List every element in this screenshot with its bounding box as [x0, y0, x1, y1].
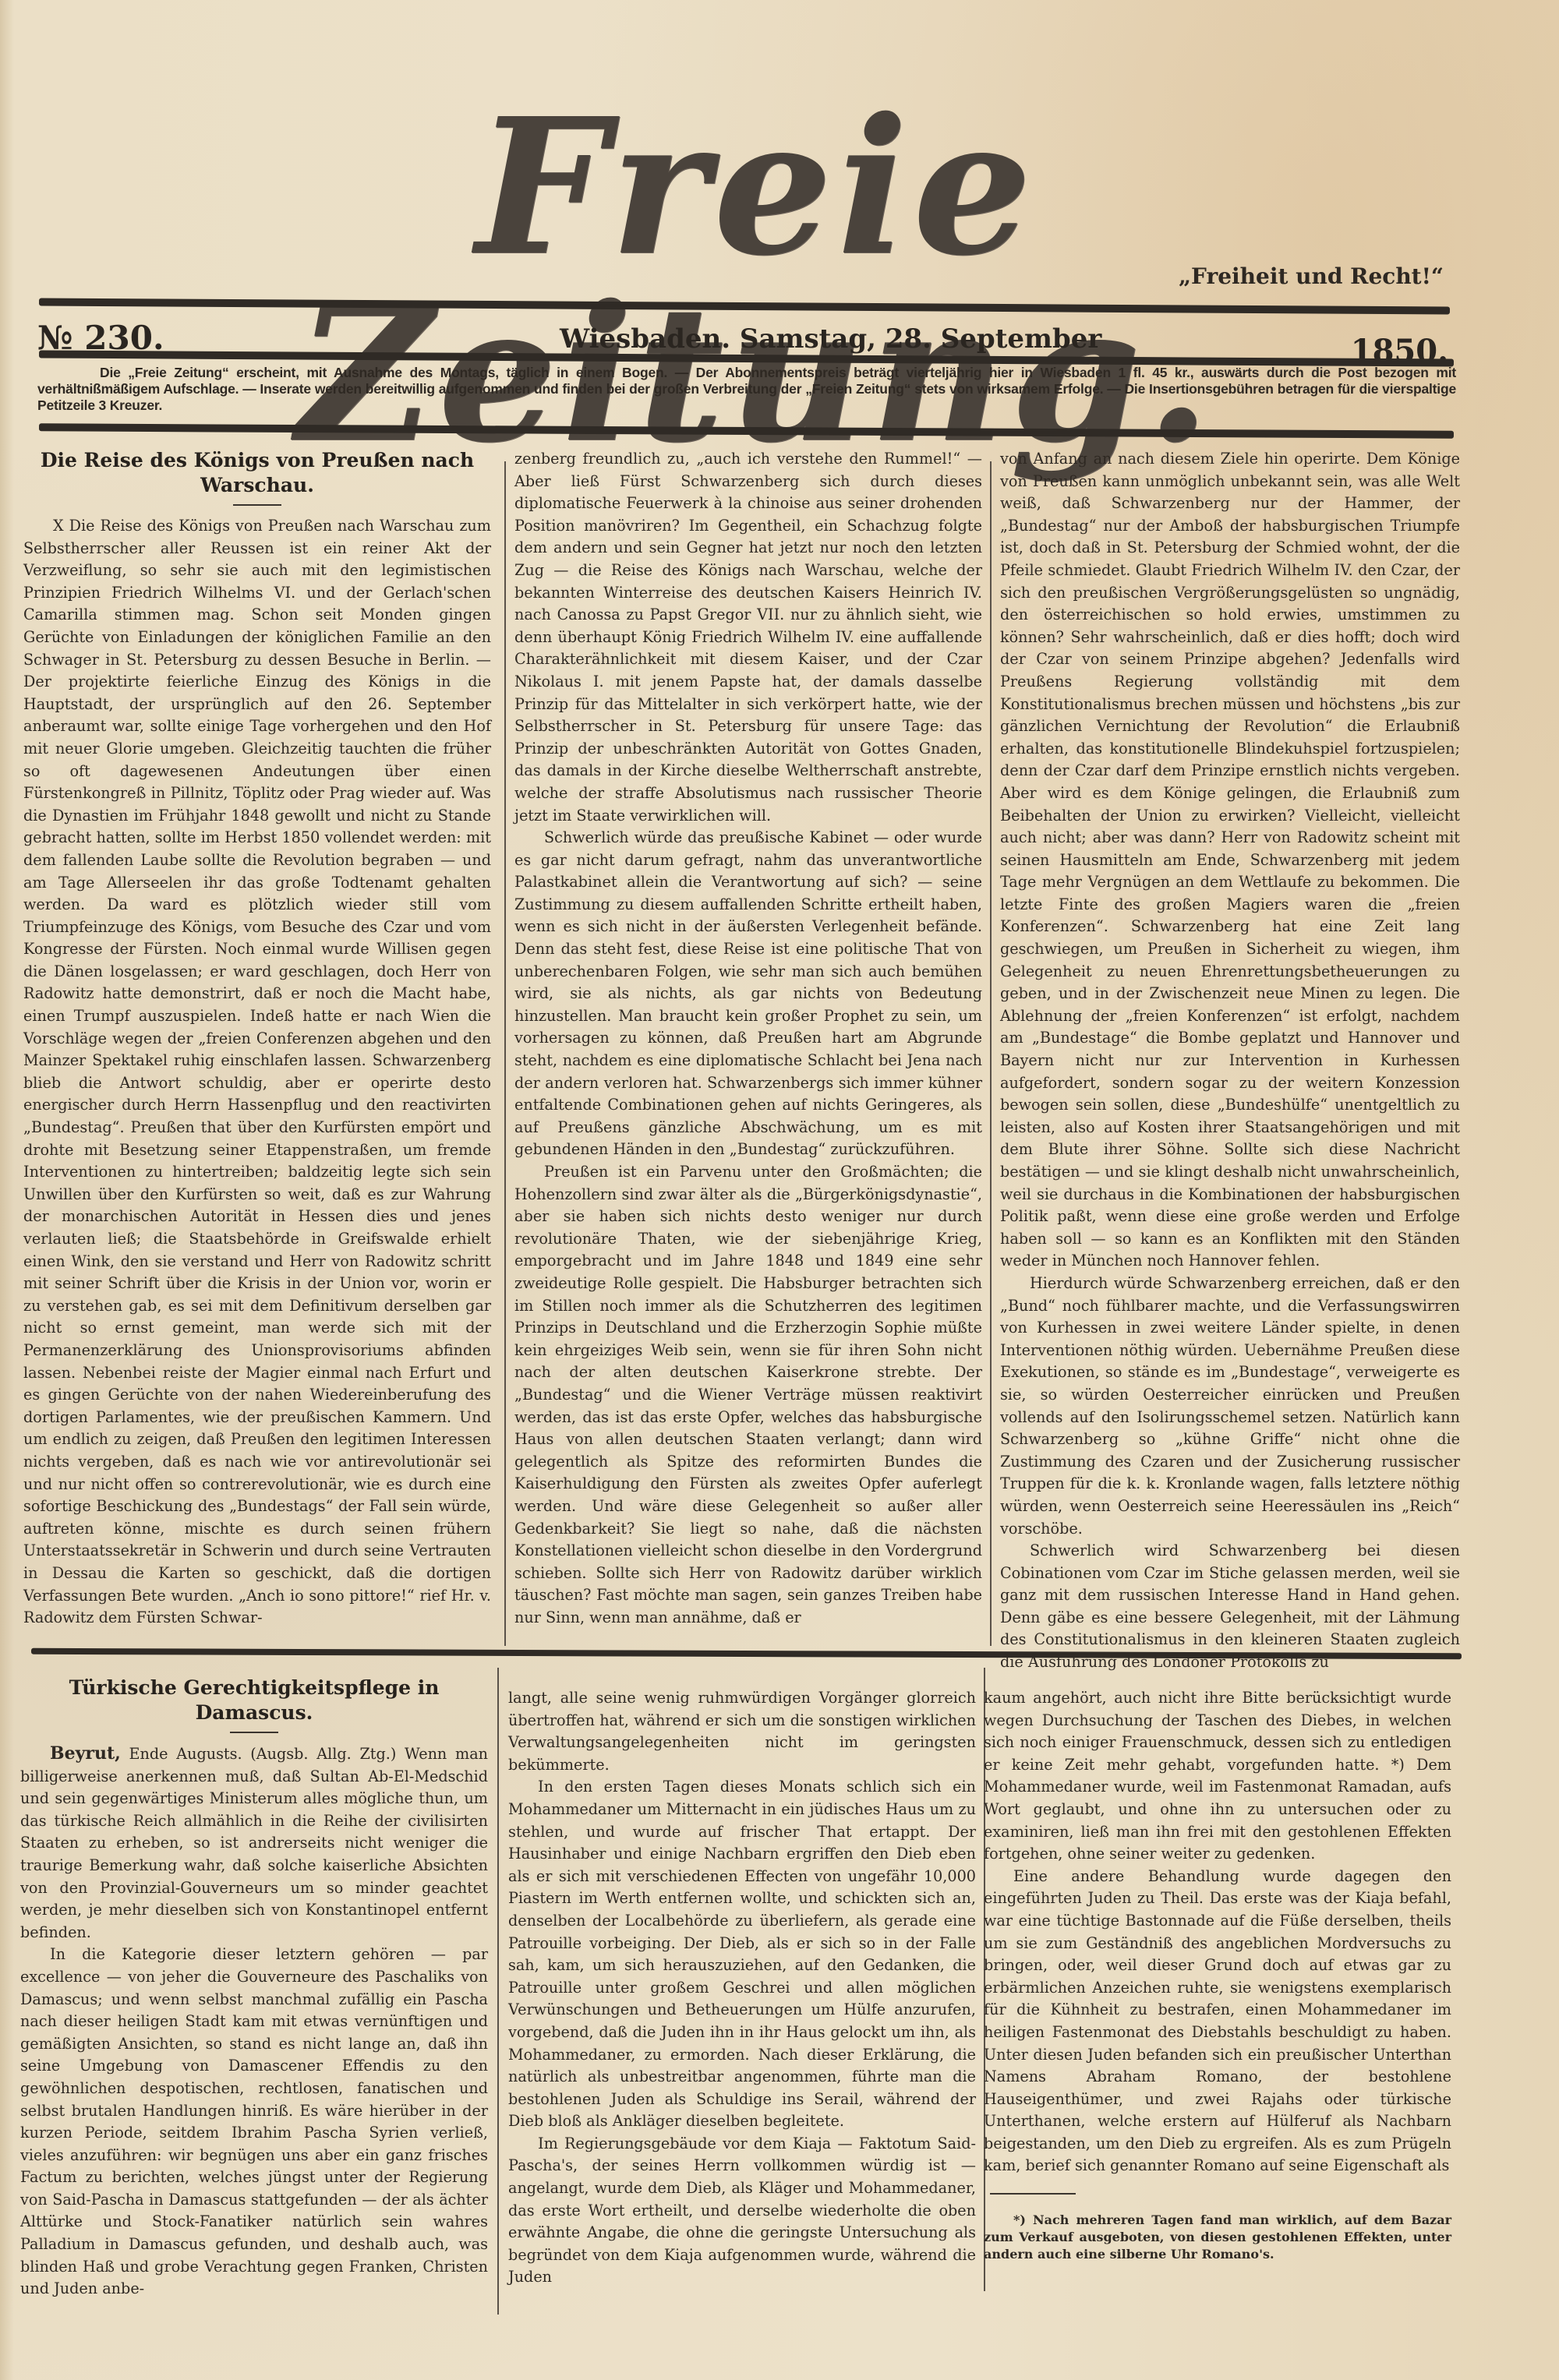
article2-paragraph: langt, alle seine wenig ruhmwürdigen Vor…	[508, 1687, 976, 1776]
article2-paragraph: Eine andere Behandlung wurde dagegen den…	[984, 1866, 1451, 2177]
article2-footnote: *) Nach mehreren Tagen fand man wirklich…	[984, 2212, 1451, 2263]
article1-column-1: Die Reise des Königs von Preußen nach Wa…	[23, 448, 491, 1630]
article2-column-1: Türkische Gerechtigkeitspflege in Damasc…	[20, 1676, 488, 2301]
article1-column-3: von Anfang an nach diesem Ziele hin oper…	[1000, 448, 1460, 1674]
article1-column-2: zenberg freundlich zu, „auch ich versteh…	[514, 448, 982, 1629]
article1-paragraph: Hierdurch würde Schwarzenberg erreichen,…	[1000, 1273, 1460, 1540]
article1-paragraph: zenberg freundlich zu, „auch ich versteh…	[514, 448, 982, 827]
article1-paragraph: Preußen ist ein Parvenu unter den Großmä…	[514, 1161, 982, 1629]
article2-paragraph: In die Kategorie dieser letztern gehören…	[20, 1944, 488, 2301]
article2-headline: Türkische Gerechtigkeitspflege in Damasc…	[20, 1676, 488, 1725]
issue-place-date: Wiesbaden. Samstag, 28. September	[560, 323, 1101, 355]
article2-paragraph: kaum angehört, auch nicht ihre Bitte ber…	[984, 1687, 1451, 1866]
subscription-notice: Die „Freie Zeitung“ erscheint, mit Ausna…	[37, 365, 1456, 414]
article2-column-3: kaum angehört, auch nicht ihre Bitte ber…	[984, 1687, 1451, 2263]
article2-paragraph: In den ersten Tagen dieses Monats schlic…	[508, 1776, 976, 2133]
article1-paragraph: von Anfang an nach diesem Ziele hin oper…	[1000, 448, 1460, 1273]
column-divider	[990, 461, 992, 1646]
article1-paragraph: Schwerlich würde das preußische Kabinet …	[514, 827, 982, 1161]
headline-divider	[233, 504, 281, 506]
column-divider	[504, 461, 506, 1646]
article1-headline: Die Reise des Königs von Preußen nach Wa…	[23, 448, 491, 498]
newspaper-page: Freie Zeitung. „Freiheit und Recht!“ № 2…	[0, 0, 1559, 2380]
footnote-divider	[990, 2193, 1076, 2195]
article1-paragraph: X Die Reise des Königs von Preußen nach …	[23, 515, 491, 1630]
article2-dateline: Beyrut,	[50, 1743, 121, 1764]
article2-column-2: langt, alle seine wenig ruhmwürdigen Vor…	[508, 1687, 976, 2289]
article2-paragraph: Im Regierungsgebäude vor dem Kiaja — Fak…	[508, 2133, 976, 2289]
masthead-motto: „Freiheit und Recht!“	[1179, 263, 1444, 289]
article2-paragraph: Ende Augusts. (Augsb. Allg. Ztg.) Wenn m…	[20, 1745, 488, 1941]
column-divider	[497, 1668, 499, 2315]
headline-divider	[230, 1732, 278, 1733]
